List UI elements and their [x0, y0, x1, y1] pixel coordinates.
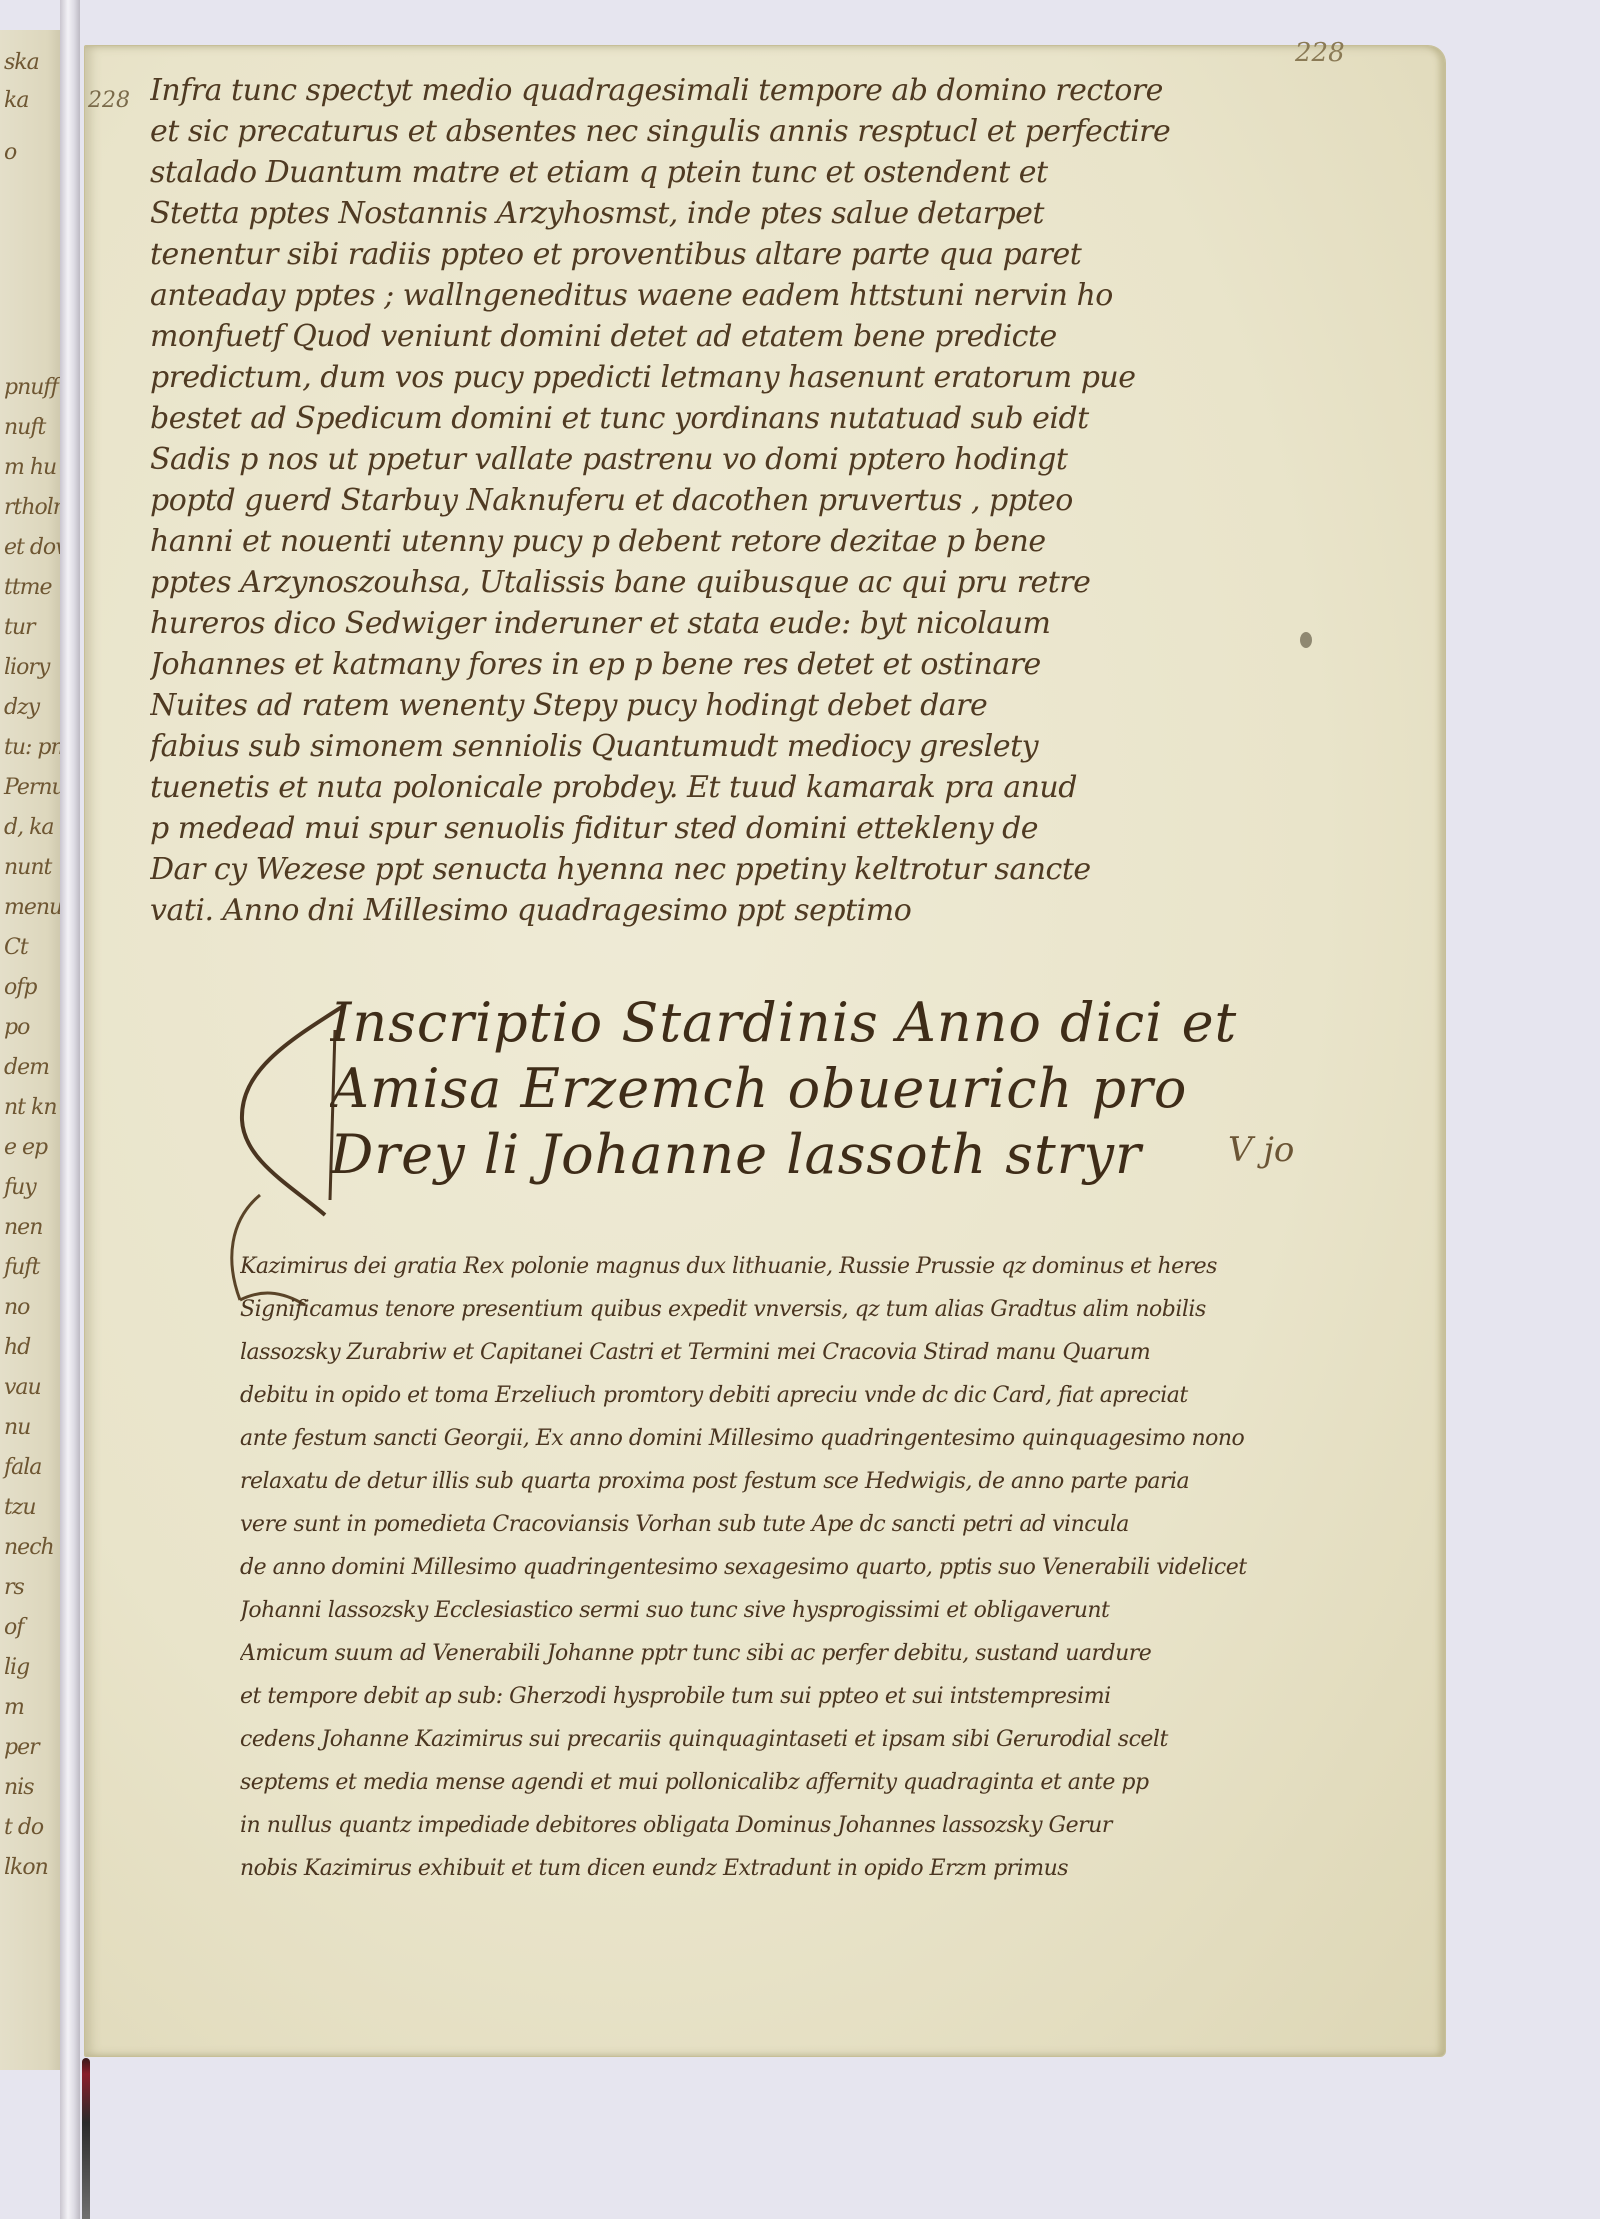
left-page-fragment: fuy: [4, 1175, 36, 1200]
left-page-fragment: tur: [4, 615, 35, 640]
left-page-fragment: menui: [4, 895, 68, 920]
left-page-fragment: o: [4, 140, 16, 165]
text-line: Nuites ad ratem wenenty Stepy pucy hodin…: [150, 685, 1365, 726]
text-line: pptes Arzynoszouhsa, Utalissis bane quib…: [150, 562, 1365, 603]
left-page-fragment: t do: [4, 1815, 43, 1840]
left-page-fragment: po: [4, 1015, 29, 1040]
left-page-fragment: lig: [4, 1655, 29, 1680]
book-gutter: [60, 0, 80, 2219]
left-page-fragment: ttme: [4, 575, 52, 600]
text-line: Significamus tenore presentium quibus ex…: [240, 1288, 1325, 1331]
text-line: poptd guerd Starbuy Naknuferu et dacothe…: [150, 480, 1365, 521]
text-line: tenentur sibi radiis ppteo et proventibu…: [150, 234, 1365, 275]
heading-line: Amisa Erzemch obueurich pro: [330, 1056, 1290, 1122]
text-line: Dar cy Wezese ppt senucta hyenna nec ppe…: [150, 849, 1365, 890]
text-line: Johannes et katmany fores in ep p bene r…: [150, 644, 1365, 685]
left-page-fragment: lkon: [4, 1855, 48, 1880]
left-page-fragment: nen: [4, 1215, 42, 1240]
left-page-fragment: e ep: [4, 1135, 47, 1160]
text-line: Kazimirus dei gratia Rex polonie magnus …: [240, 1245, 1325, 1288]
left-page-fragment: pnuff: [4, 375, 58, 400]
text-line: monfuetf Quod veniunt domini detet ad et…: [150, 316, 1365, 357]
text-line: lassozsky Zurabriw et Capitanei Castri e…: [240, 1331, 1325, 1374]
lower-text-block: Kazimirus dei gratia Rex polonie magnus …: [240, 1245, 1325, 1890]
text-line: de anno domini Millesimo quadringentesim…: [240, 1546, 1325, 1589]
text-line: et tempore debit ap sub: Gherzodi hyspro…: [240, 1675, 1325, 1718]
upper-text-block: Infra tunc spectyt medio quadragesimali …: [150, 70, 1365, 931]
left-page-fragment: nech: [4, 1535, 54, 1560]
left-page-fragment: tu: pn: [4, 735, 64, 760]
text-line: hureros dico Sedwiger inderuner et stata…: [150, 603, 1365, 644]
text-line: Johanni lassozsky Ecclesiastico sermi su…: [240, 1589, 1325, 1632]
left-page-fragment: rs: [4, 1575, 24, 1600]
left-page-fragment: Ct: [4, 935, 28, 960]
text-line: Amicum suum ad Venerabili Johanne pptr t…: [240, 1632, 1325, 1675]
heading-line: Inscriptio Stardinis Anno dici et: [330, 990, 1290, 1056]
heading-line: Drey li Johanne lassoth stryr: [330, 1122, 1290, 1188]
text-line: septems et media mense agendi et mui pol…: [240, 1761, 1325, 1804]
text-line: anteaday pptes ; wallngeneditus waene ea…: [150, 275, 1365, 316]
text-line: ante festum sancti Georgii, Ex anno domi…: [240, 1417, 1325, 1460]
left-page-fragment: of: [4, 1615, 23, 1640]
text-line: et sic precaturus et absentes nec singul…: [150, 111, 1365, 152]
text-line: p medead mui spur senuolis fiditur sted …: [150, 808, 1365, 849]
left-page-fragment: nuft: [4, 415, 45, 440]
left-page-fragment: no: [4, 1295, 29, 1320]
text-line: debitu in opido et toma Erzeliuch promto…: [240, 1374, 1325, 1417]
left-page-fragment: nunt: [4, 855, 51, 880]
text-line: stalado Duantum matre et etiam q ptein t…: [150, 152, 1365, 193]
text-line: hanni et nouenti utenny pucy p debent re…: [150, 521, 1365, 562]
text-line: cedens Johanne Kazimirus sui precariis q…: [240, 1718, 1325, 1761]
left-page-fragment: vau: [4, 1375, 41, 1400]
left-page-fragment: m: [4, 1695, 24, 1720]
text-line: tuenetis et nuta polonicale probdey. Et …: [150, 767, 1365, 808]
text-line: bestet ad Spedicum domini et tunc yordin…: [150, 398, 1365, 439]
left-page-fragment: dem: [4, 1055, 49, 1080]
left-page-fragment: d, ka: [4, 815, 54, 840]
left-page-fragment: ofp: [4, 975, 36, 1000]
left-page-fragment: fuft: [4, 1255, 39, 1280]
left-page-fragment: dzy: [4, 695, 39, 720]
left-page-fragment: per: [4, 1735, 39, 1760]
text-line: vere sunt in pomedieta Cracoviansis Vorh…: [240, 1503, 1325, 1546]
text-line: in nullus quantz impediade debitores obl…: [240, 1804, 1325, 1847]
left-page-fragment: ka: [4, 88, 28, 113]
left-page-fragment: liory: [4, 655, 49, 680]
entry-heading: Inscriptio Stardinis Anno dici et Amisa …: [330, 990, 1290, 1188]
folio-number: 228: [1295, 38, 1345, 68]
folio-number-margin: 228: [88, 88, 130, 113]
text-line: fabius sub simonem senniolis Quantumudt …: [150, 726, 1365, 767]
left-page-fragment: nt kn: [4, 1095, 57, 1120]
left-page-fragment: hd: [4, 1335, 30, 1360]
left-page-fragment: nis: [4, 1775, 34, 1800]
adjacent-left-page: ska ka o pnuff nuft m hu rtholm et dow t…: [0, 30, 61, 2070]
text-line: predictum, dum vos pucy ppedicti letmany…: [150, 357, 1365, 398]
left-page-fragment: tzu: [4, 1495, 36, 1520]
text-line: relaxatu de detur illis sub quarta proxi…: [240, 1460, 1325, 1503]
left-page-fragment: m hu: [4, 455, 56, 480]
margin-annotation: V jo: [1228, 1130, 1294, 1170]
left-page-fragment: nu: [4, 1415, 30, 1440]
text-line: Stetta pptes Nostannis Arzyhosmst, inde …: [150, 193, 1365, 234]
left-page-fragment: ska: [4, 50, 39, 75]
bookmark-ribbon: [82, 2058, 90, 2219]
ink-stain: [1300, 632, 1312, 648]
text-line: Sadis p nos ut ppetur vallate pastrenu v…: [150, 439, 1365, 480]
text-line: Infra tunc spectyt medio quadragesimali …: [150, 70, 1365, 111]
left-page-fragment: fala: [4, 1455, 41, 1480]
text-line: nobis Kazimirus exhibuit et tum dicen eu…: [240, 1847, 1325, 1890]
text-line: vati. Anno dni Millesimo quadragesimo pp…: [150, 890, 1365, 931]
